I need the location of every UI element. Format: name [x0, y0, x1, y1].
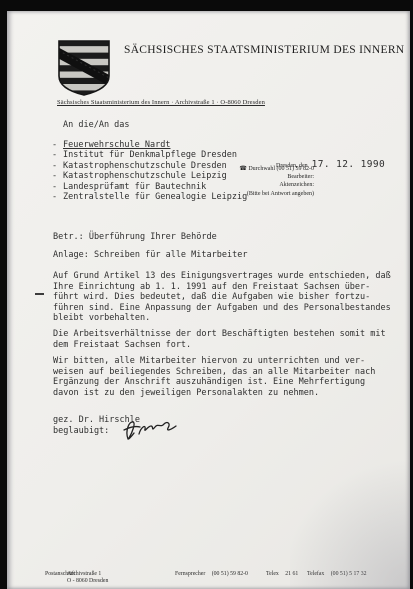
- recipient-item: - Katastrophenschutzschule Leipzig: [52, 171, 247, 181]
- fold-mark: [35, 293, 44, 295]
- recipient-name: Institut für Denkmalpflege Dresden: [63, 150, 237, 160]
- body-paragraph-3: Wir bitten, alle Mitarbeiter hiervon zu …: [53, 356, 403, 398]
- phone-label: Fernsprecher: [175, 571, 205, 577]
- phone-icon: ☎: [239, 166, 246, 172]
- recipient-name: Landesprüfamt für Bautechnik: [63, 182, 206, 192]
- salutation: An die/An das: [63, 120, 130, 130]
- recipient-item: - Landesprüfamt für Bautechnik: [52, 182, 247, 192]
- sender-address-line: Sächsisches Staatsministerium des Innern…: [57, 99, 265, 106]
- phone-value: (00 51) 59 82-0: [212, 571, 248, 577]
- scanned-letter: SÄCHSISCHES STAATSMINISTERIUM DES INNERN…: [0, 0, 413, 589]
- body-paragraph-2: Die Arbeitsverhältnisse der dort Beschäf…: [53, 329, 403, 350]
- dial-label: Durchwahl (00 51) 59 82-0: [248, 166, 314, 172]
- list-dash: -: [52, 192, 63, 202]
- recipient-item: - Feuerwehrschule Nardt: [52, 140, 247, 150]
- saxony-coat-of-arms-icon: [57, 40, 111, 101]
- body-paragraph-1: Auf Grund Artikel 13 des Einigungsvertra…: [53, 271, 403, 324]
- clerk-label: Bearbeiter:: [239, 173, 314, 181]
- list-dash: -: [52, 150, 63, 160]
- recipient-name: Feuerwehrschule Nardt: [63, 140, 170, 150]
- handwritten-signature: [120, 411, 182, 450]
- scan-shadow: [290, 449, 410, 589]
- ministry-title: SÄCHSISCHES STAATSMINISTERIUM DES INNERN: [124, 44, 404, 56]
- dial-line: ☎ Durchwahl (00 51) 59 82-0: [239, 165, 314, 173]
- letter-page: SÄCHSISCHES STAATSMINISTERIUM DES INNERN…: [7, 11, 410, 589]
- certified-label: beglaubigt:: [53, 426, 109, 436]
- postal-city: O - 8060 Dresden: [67, 578, 108, 584]
- phone-entry: Fernsprecher (00 51) 59 82-0: [175, 571, 248, 578]
- recipient-name: Katastrophenschutzschule Leipzig: [63, 171, 227, 181]
- list-dash: -: [52, 171, 63, 181]
- reply-note: (Bitte bei Antwort angeben): [239, 190, 314, 198]
- reference-block: ☎ Durchwahl (00 51) 59 82-0 Bearbeiter: …: [239, 165, 314, 198]
- subject-line: Betr.: Überführung Ihrer Behörde: [53, 232, 217, 242]
- recipient-list: - Feuerwehrschule Nardt - Institut für D…: [52, 140, 247, 202]
- recipient-item: - Katastrophenschutzschule Dresden: [52, 161, 247, 171]
- telex-label: Telex: [266, 571, 279, 577]
- list-dash: -: [52, 182, 63, 192]
- recipient-item: - Zentralstelle für Genealogie Leipzig: [52, 192, 247, 202]
- recipient-item: - Institut für Denkmalpflege Dresden: [52, 150, 247, 160]
- recipient-name: Zentralstelle für Genealogie Leipzig: [63, 192, 247, 202]
- letter-date: 17. 12. 1990: [312, 159, 385, 170]
- postal-street: Archivstraße 1: [67, 571, 101, 577]
- list-dash: -: [52, 161, 63, 171]
- file-ref-label: Aktenzeichen:: [239, 181, 314, 189]
- enclosure-line: Anlage: Schreiben für alle Mitarbeiter: [53, 250, 247, 260]
- recipient-name: Katastrophenschutzschule Dresden: [63, 161, 227, 171]
- postal-address: Archivstraße 1 O - 8060 Dresden: [67, 571, 108, 585]
- list-dash: -: [52, 140, 63, 150]
